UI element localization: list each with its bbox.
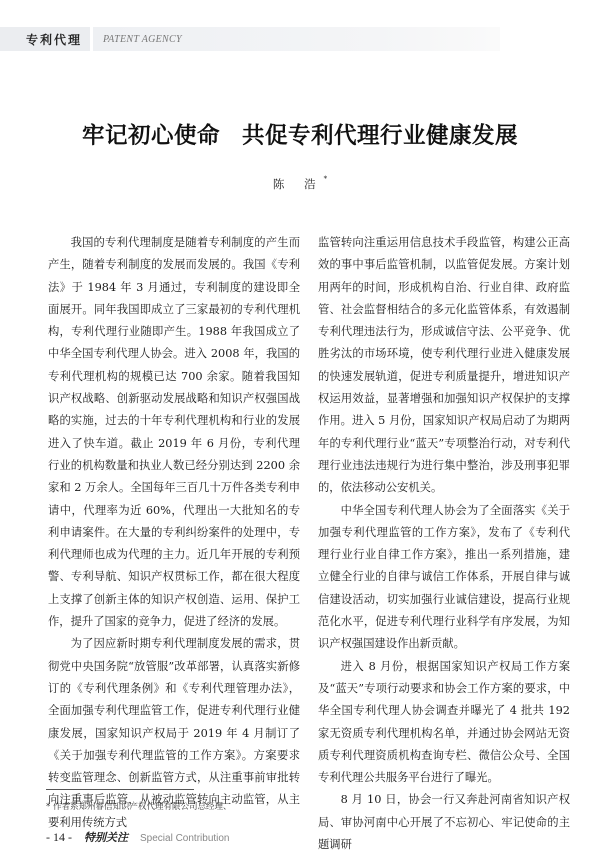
footer-column-name: 特别关注 <box>84 829 128 845</box>
paragraph: 监管转向注重运用信息技术手段监管，构建公正高效的事中事后监管机制，以监管促发展。… <box>318 232 570 500</box>
left-column: 我国的专利代理制度是随着专利制度的产生而产生，随着专利制度的发展而发展的。我国《… <box>48 232 300 834</box>
section-label: 专利代理 <box>0 27 90 51</box>
author-footnote-mark: * <box>324 175 328 183</box>
page-footer: - 14 - 特别关注 Special Contribution <box>46 829 230 845</box>
article-title: 牢记初心使命共促专利代理行业健康发展 <box>0 118 600 150</box>
paragraph: 进入 8 月份，根据国家知识产权局工作方案及“蓝天”专项行动要求和协会工作方案的… <box>318 656 570 790</box>
article-title-part1: 牢记初心使命 <box>82 123 220 149</box>
footnote-divider <box>46 789 194 790</box>
author-footnote: * 作者系郑州睿信知识产权代理有限公司总经理、 <box>46 800 231 812</box>
section-label-en: PATENT AGENCY <box>93 27 500 51</box>
paragraph: 中华全国专利代理人协会为了全面落实《关于加强专利代理监管的工作方案》，发布了《专… <box>318 500 570 656</box>
footer-column-name-en: Special Contribution <box>140 833 230 844</box>
page-number: - 14 - <box>46 830 72 845</box>
article-author: 陈 浩* <box>0 176 600 192</box>
section-header-band: 专利代理 PATENT AGENCY <box>0 27 500 51</box>
paragraph: 8 月 10 日，协会一行又奔赴河南省知识产权局、审协河南中心开展了不忘初心、牢… <box>318 789 570 856</box>
right-column: 监管转向注重运用信息技术手段监管，构建公正高效的事中事后监管机制，以监管促发展。… <box>318 232 570 856</box>
author-name: 陈 浩 <box>273 177 324 191</box>
article-title-part2: 共促专利代理行业健康发展 <box>242 123 518 149</box>
paragraph: 我国的专利代理制度是随着专利制度的产生而产生，随着专利制度的发展而发展的。我国《… <box>48 232 300 633</box>
